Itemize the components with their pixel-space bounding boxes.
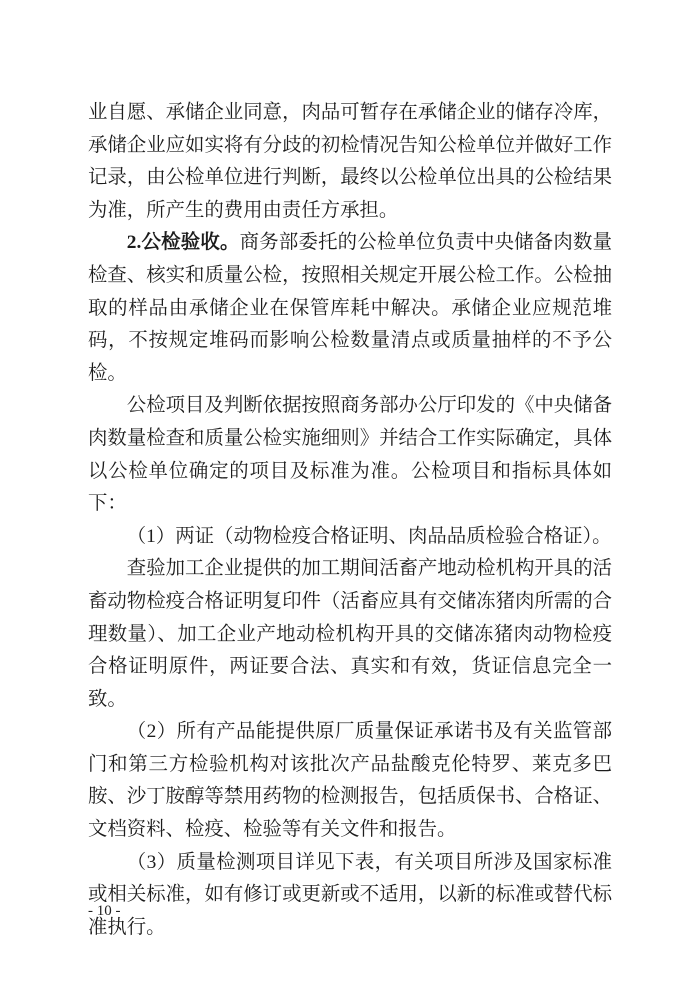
section-heading-bold: 2.公检验收。: [127, 232, 240, 253]
paragraph-inspection-basis: 公检项目及判断依据按照商务部办公厅印发的《中央储备肉数量检查和质量公检实施细则》…: [88, 390, 612, 520]
paragraph-text: （2）所有产品能提供原厂质量保证承诺书及有关监管部门和第三方检验机构对该批次产品…: [88, 721, 612, 840]
page-number: - 10 -: [88, 901, 121, 921]
paragraph-item-3: （3）质量检测项目详见下表，有关项目所涉及国家标准或相关标准，如有修订或更新或不…: [88, 847, 612, 945]
paragraph-section-2: 2.公检验收。商务部委托的公检单位负责中央储备肉数量检查、核实和质量公检，按照相…: [88, 227, 612, 390]
paragraph-text: （1）两证（动物检疫合格证明、肉品品质检验合格证）。: [127, 526, 612, 547]
paragraph-item-1-detail: 查验加工企业提供的加工期间活畜产地动检机构开具的活畜动物检疫合格证明复印件（活畜…: [88, 553, 612, 716]
paragraph-text: 业自愿、承储企业同意，肉品可暂存在承储企业的储存冷库，承储企业应如实将有分歧的初…: [88, 102, 612, 221]
paragraph-text: （3）质量检测项目详见下表，有关项目所涉及国家标准或相关标准，如有修订或更新或不…: [88, 852, 612, 938]
paragraph-item-1: （1）两证（动物检疫合格证明、肉品品质检验合格证）。: [88, 521, 612, 554]
paragraph-text: 公检项目及判断依据按照商务部办公厅印发的《中央储备肉数量检查和质量公检实施细则》…: [88, 395, 612, 514]
document-page: 业自愿、承储企业同意，肉品可暂存在承储企业的储存冷库，承储企业应如实将有分歧的初…: [0, 0, 700, 989]
paragraph-item-2: （2）所有产品能提供原厂质量保证承诺书及有关监管部门和第三方检验机构对该批次产品…: [88, 716, 612, 846]
paragraph-text: 商务部委托的公检单位负责中央储备肉数量检查、核实和质量公检，按照相关规定开展公检…: [88, 232, 612, 383]
paragraph-continuation: 业自愿、承储企业同意，肉品可暂存在承储企业的储存冷库，承储企业应如实将有分歧的初…: [88, 97, 612, 227]
document-body: 业自愿、承储企业同意，肉品可暂存在承储企业的储存冷库，承储企业应如实将有分歧的初…: [88, 97, 612, 944]
paragraph-text: 查验加工企业提供的加工期间活畜产地动检机构开具的活畜动物检疫合格证明复印件（活畜…: [88, 558, 612, 709]
